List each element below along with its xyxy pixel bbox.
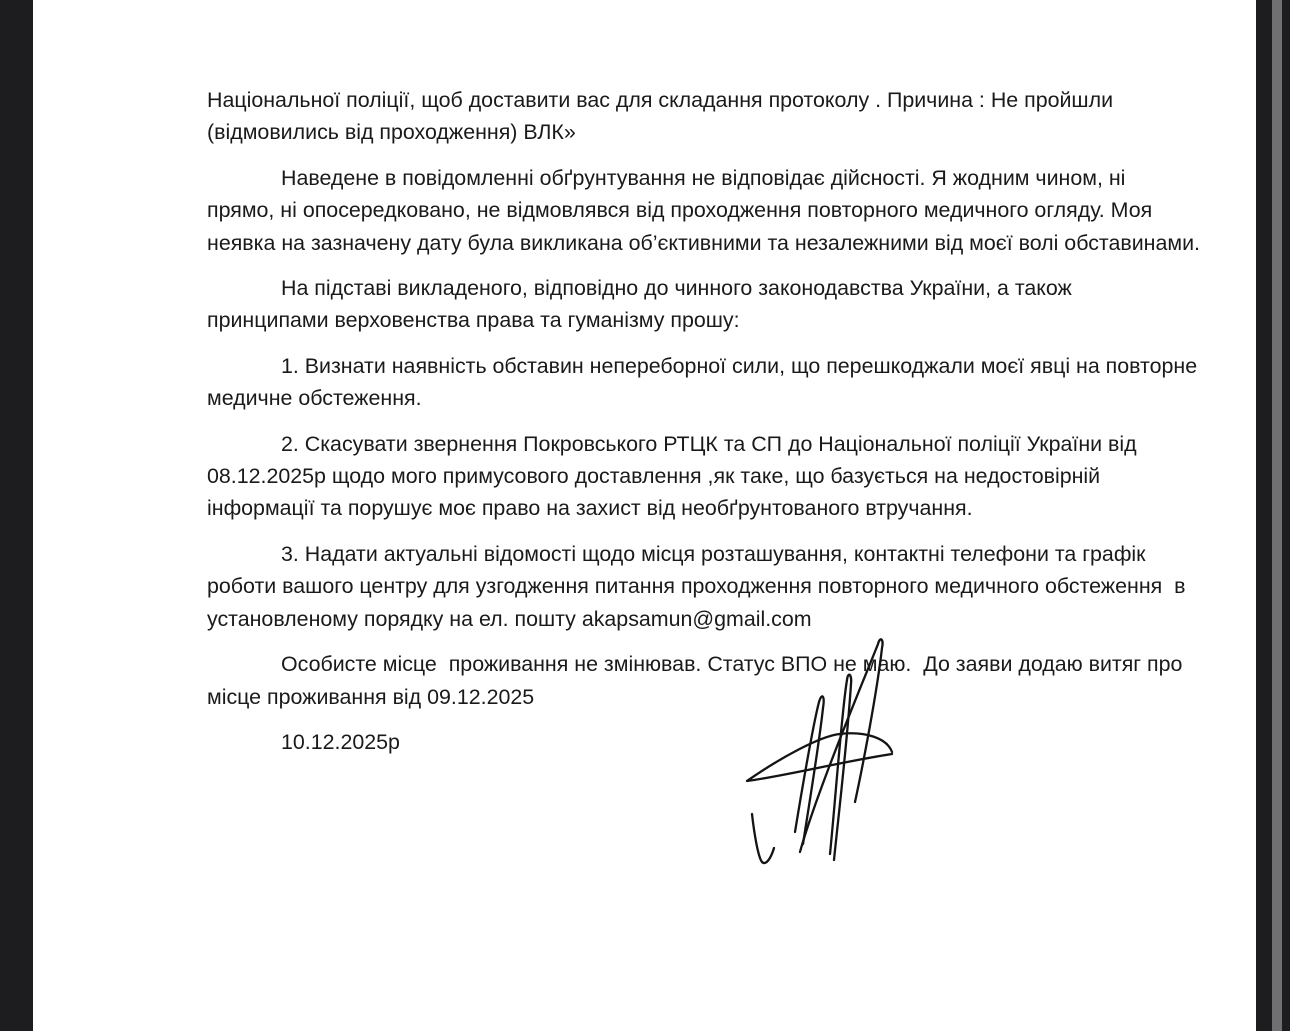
document-line: (відмовились від проходження) ВЛК» bbox=[207, 116, 1197, 148]
request-item-1: 1. Визнати наявність обставин непереборн… bbox=[207, 350, 1197, 415]
document-line: установленому порядку на ел. пошту akaps… bbox=[207, 603, 1197, 635]
scrollbar-track[interactable] bbox=[1256, 0, 1290, 1031]
viewer-left-edge bbox=[0, 0, 33, 1031]
date-line: 10.12.2025р bbox=[207, 726, 1197, 758]
document-line: неявка на зазначену дату була викликана … bbox=[207, 227, 1197, 259]
document-line: 1. Визнати наявність обставин непереборн… bbox=[207, 350, 1197, 382]
document-date: 10.12.2025р bbox=[207, 726, 1197, 758]
document-line: інформації та порушує моє право на захис… bbox=[207, 492, 1197, 524]
document-line: 3. Надати актуальні відомості щодо місця… bbox=[207, 538, 1197, 570]
document-line: На підставі викладеного, відповідно до ч… bbox=[207, 272, 1197, 304]
request-item-2: 2. Скасувати звернення Покровського РТЦК… bbox=[207, 428, 1197, 525]
document-line: 08.12.2025р щодо мого примусового достав… bbox=[207, 460, 1197, 492]
document-line: Особисте місце проживання не змінював. С… bbox=[207, 648, 1197, 680]
paragraph-continuation: Національної поліції, щоб доставити вас … bbox=[207, 84, 1197, 149]
scrollbar-thumb[interactable] bbox=[1272, 0, 1282, 1031]
document-line: прямо, ні опосередковано, не відмовлявся… bbox=[207, 194, 1197, 226]
paragraph-rebuttal: Наведене в повідомленні обґрунтування не… bbox=[207, 162, 1197, 259]
document-line: роботи вашого центру для узгодження пита… bbox=[207, 570, 1197, 602]
document-line: принципами верховенства права та гуманіз… bbox=[207, 304, 1197, 336]
document-viewer: Національної поліції, щоб доставити вас … bbox=[0, 0, 1290, 1031]
request-item-3: 3. Надати актуальні відомості щодо місця… bbox=[207, 538, 1197, 635]
paragraph-legal-basis: На підставі викладеного, відповідно до ч… bbox=[207, 272, 1197, 337]
document-content: Національної поліції, щоб доставити вас … bbox=[207, 84, 1197, 771]
document-line: 2. Скасувати звернення Покровського РТЦК… bbox=[207, 428, 1197, 460]
document-line: Наведене в повідомленні обґрунтування не… bbox=[207, 162, 1197, 194]
paragraph-residence: Особисте місце проживання не змінював. С… bbox=[207, 648, 1197, 713]
document-page: Національної поліції, щоб доставити вас … bbox=[33, 0, 1256, 1031]
document-line: місце проживання від 09.12.2025 bbox=[207, 681, 1197, 713]
document-line: Національної поліції, щоб доставити вас … bbox=[207, 84, 1197, 116]
document-line: медичне обстеження. bbox=[207, 382, 1197, 414]
